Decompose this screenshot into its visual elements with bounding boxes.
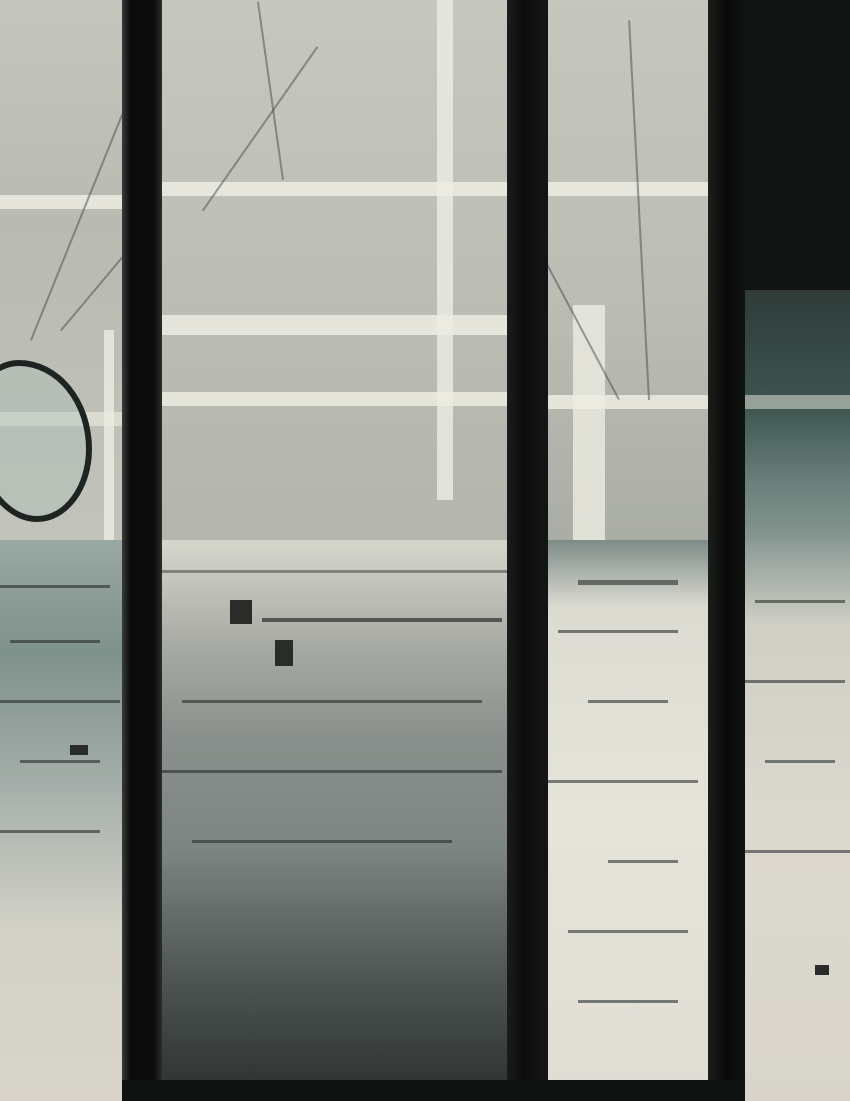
sky-region [162, 0, 507, 560]
black-vertical-bar [507, 0, 548, 1101]
teal-reflection [745, 290, 850, 550]
water-region [162, 540, 507, 1101]
sky-region [548, 0, 708, 560]
water-region [548, 540, 708, 1080]
grid-line [745, 395, 850, 409]
grid-line [162, 392, 507, 406]
panel-center-right [548, 0, 708, 1080]
water-region [745, 540, 850, 1101]
grid-line [548, 182, 708, 196]
post [275, 640, 293, 666]
photo-collage [0, 0, 850, 1101]
post [230, 600, 252, 624]
grid-line [548, 395, 708, 409]
dark-bottom-band [122, 1080, 745, 1101]
water-region [0, 540, 122, 1101]
black-vertical-bar [122, 0, 162, 1101]
panel-left [0, 0, 122, 1101]
grid-line [437, 0, 453, 500]
grid-line [162, 315, 507, 335]
grid-line [0, 195, 122, 209]
black-vertical-bar [708, 0, 745, 1101]
panel-center [162, 0, 507, 1101]
